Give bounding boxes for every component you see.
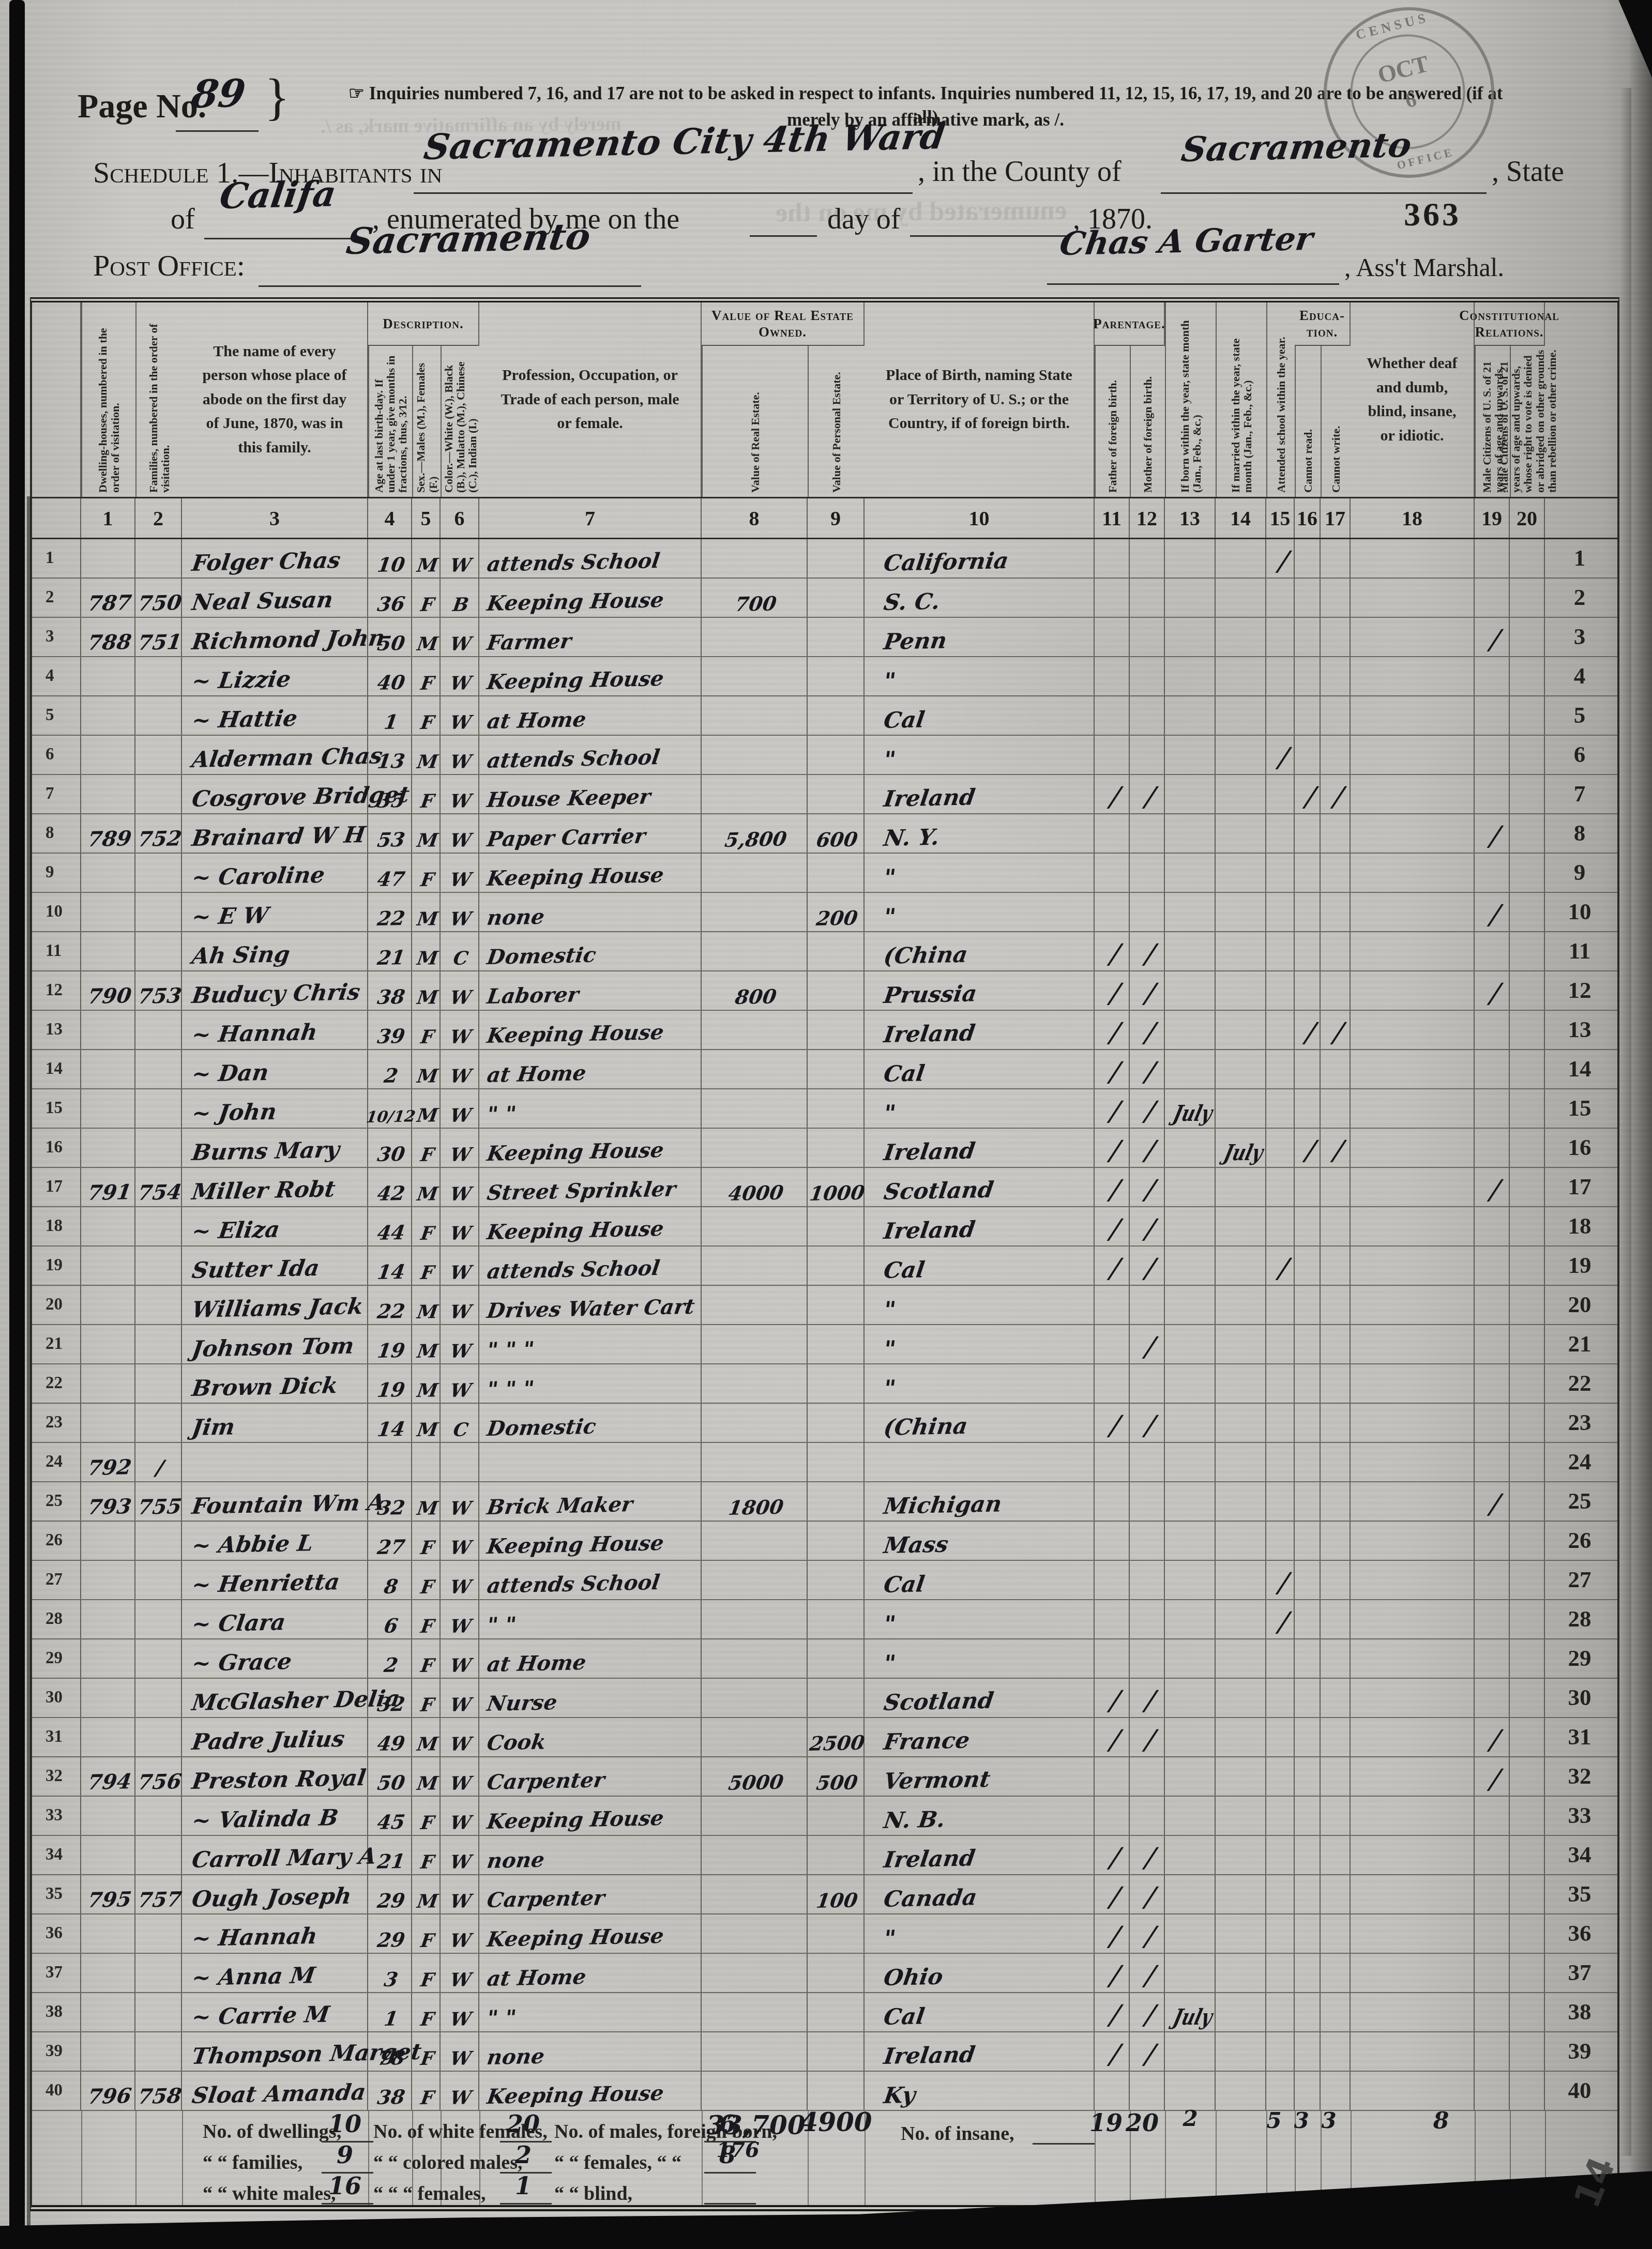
mark-father-foreign: /: [1095, 932, 1130, 970]
cell-age: 19: [368, 1364, 412, 1403]
cell-deaf-dumb: [1351, 1679, 1475, 1717]
cell-name: ~ Valinda B: [182, 1797, 368, 1835]
row-number-right: 28: [1545, 1600, 1614, 1638]
footer-insane-underline: [1033, 2143, 1095, 2145]
row-number-left: 1: [32, 539, 81, 578]
row-number-left: 15: [32, 1089, 81, 1128]
cell-birthplace: Ireland: [865, 2032, 1095, 2071]
cell-dwelling: [81, 1325, 135, 1363]
mark-father-foreign: [1095, 1482, 1130, 1521]
mark-attended-school: [1266, 1914, 1295, 1953]
row-number-left: 17: [32, 1168, 81, 1206]
cell-occupation: attends School: [479, 1247, 702, 1285]
cell-sex: M: [412, 1757, 441, 1796]
cell-deaf-dumb: [1351, 1089, 1475, 1128]
cell-name: Richmond John: [182, 618, 368, 656]
mark-father-foreign: [1095, 539, 1130, 578]
row-number-right: 7: [1545, 775, 1614, 813]
row-number-left: 11: [32, 932, 81, 970]
cell-family: [135, 1364, 182, 1403]
cell-dwelling: [81, 854, 135, 892]
cell-age: 38: [368, 2072, 412, 2110]
cell-birthplace: [865, 1443, 1095, 1481]
mark-born-month: [1165, 736, 1216, 774]
cell-dwelling: [81, 932, 135, 970]
mark-cannot-write: [1321, 2032, 1351, 2071]
mark-citizen-denied: [1510, 1561, 1545, 1599]
table-row: 4~ Lizzie40FWKeeping House"4: [32, 657, 1617, 696]
cell-sex: F: [412, 1679, 441, 1717]
mark-cannot-write: [1321, 2072, 1351, 2110]
table-row: 21Johnson Tom19MW" " ""/21: [32, 1325, 1617, 1364]
mark-attended-school: [1266, 1286, 1295, 1324]
mark-cannot-read: [1295, 1168, 1321, 1206]
cell-deaf-dumb: [1351, 1875, 1475, 1913]
cell-deaf-dumb: [1351, 2072, 1475, 2110]
footer-label: “ “ families,: [203, 2151, 302, 2174]
row-number-left: 27: [32, 1561, 81, 1599]
cell-birthplace: Cal: [865, 1993, 1095, 2031]
cell-sex: F: [412, 1836, 441, 1874]
column-header-families: Families, numbered in the order of visit…: [135, 302, 182, 497]
table-row: 5~ Hattie1FWat HomeCal5: [32, 696, 1617, 736]
cell-dwelling: [81, 1129, 135, 1167]
mark-cannot-read: /: [1295, 1011, 1321, 1049]
row-number-right: 37: [1545, 1954, 1614, 1992]
mark-mother-foreign: /: [1130, 932, 1165, 970]
row-number-left: 4: [32, 657, 81, 695]
mark-cannot-read: [1295, 932, 1321, 970]
mark-cannot-read: [1295, 1836, 1321, 1874]
row-number-right: 33: [1545, 1797, 1614, 1835]
cell-family: [135, 1797, 182, 1835]
cell-dwelling: [81, 893, 135, 931]
cell-birthplace: (China: [865, 1404, 1095, 1442]
mark-born-month: [1165, 932, 1216, 970]
mark-citizen-denied: [1510, 2072, 1545, 2110]
mark-attended-school: [1266, 1522, 1295, 1560]
mark-father-foreign: [1095, 696, 1130, 735]
cell-deaf-dumb: [1351, 1129, 1475, 1167]
table-row: 33~ Valinda B45FWKeeping HouseN. B.33: [32, 1797, 1617, 1836]
mark-mother-foreign: [1130, 893, 1165, 931]
mark-married-month: [1216, 1168, 1266, 1206]
cell-color: [441, 1443, 479, 1481]
mark-attended-school: [1266, 1089, 1295, 1128]
mark-cannot-read: [1295, 1050, 1321, 1088]
cell-name: ~ Hattie: [182, 696, 368, 735]
cell-age: 47: [368, 854, 412, 892]
mark-citizen-denied: [1510, 1875, 1545, 1913]
mark-born-month: [1165, 1718, 1216, 1756]
footer-column-line: [135, 2111, 137, 2205]
table-row: 20Williams Jack22MWDrives Water Cart"20: [32, 1286, 1617, 1325]
cell-deaf-dumb: [1351, 657, 1475, 695]
cell-real-estate: 800: [702, 971, 808, 1010]
bleedthrough-text: enumerated by me on the: [776, 195, 1067, 229]
row-number-right: 38: [1545, 1993, 1614, 2031]
mark-mother-foreign: /: [1130, 1325, 1165, 1363]
cell-occupation: Laborer: [479, 971, 702, 1010]
mark-citizen-denied: [1510, 854, 1545, 892]
mark-born-month: [1165, 1207, 1216, 1245]
cell-age: 35: [368, 775, 412, 813]
cell-family: [135, 1639, 182, 1678]
mark-cannot-write: [1321, 1364, 1351, 1403]
cell-color: W: [441, 1050, 479, 1088]
county-label: , in the County of: [918, 155, 1121, 188]
cell-personal-estate: [808, 1679, 865, 1717]
cell-dwelling: [81, 657, 135, 695]
cell-sex: F: [412, 2032, 441, 2071]
cell-color: W: [441, 1286, 479, 1324]
cell-color: W: [441, 1325, 479, 1363]
cell-age: 10: [368, 539, 412, 578]
cell-name: Sutter Ida: [182, 1247, 368, 1285]
footer-label: “ “ white males,: [203, 2182, 336, 2205]
mark-male-citizen: [1475, 1522, 1510, 1560]
cell-deaf-dumb: [1351, 1482, 1475, 1521]
mark-born-month: [1165, 579, 1216, 617]
row-number-left: 28: [32, 1600, 81, 1638]
row-number-left: 20: [32, 1286, 81, 1324]
mark-citizen-denied: [1510, 618, 1545, 656]
cell-family: [135, 1993, 182, 2031]
cell-age: 42: [368, 1168, 412, 1206]
cell-occupation: at Home: [479, 1954, 702, 1992]
cell-dwelling: 789: [81, 814, 135, 853]
mark-attended-school: [1266, 814, 1295, 853]
row-number-right: 31: [1545, 1718, 1614, 1756]
cell-dwelling: [81, 1247, 135, 1285]
cell-family: [135, 696, 182, 735]
cell-deaf-dumb: [1351, 1600, 1475, 1638]
post-office-value: Sacramento: [344, 220, 586, 263]
mark-cannot-write: /: [1321, 1011, 1351, 1049]
cell-family: [135, 736, 182, 774]
cell-birthplace: ": [865, 1639, 1095, 1678]
footer-total-cannot-write: 3: [1313, 2108, 1344, 2133]
cell-real-estate: [702, 1404, 808, 1442]
cell-deaf-dumb: [1351, 1364, 1475, 1403]
mark-born-month: July: [1165, 1089, 1216, 1128]
cell-family: [135, 1561, 182, 1599]
cell-family: 752: [135, 814, 182, 853]
mark-cannot-write: [1321, 1482, 1351, 1521]
mark-attended-school: [1266, 854, 1295, 892]
mark-male-citizen: /: [1475, 893, 1510, 931]
column-number-20: 20: [1510, 498, 1545, 538]
mark-male-citizen: [1475, 736, 1510, 774]
cell-occupation: Street Sprinkler: [479, 1168, 702, 1206]
mark-attended-school: [1266, 1679, 1295, 1717]
cell-occupation: Keeping House: [479, 2072, 702, 2110]
mark-father-foreign: /: [1095, 1089, 1130, 1128]
mark-citizen-denied: [1510, 1522, 1545, 1560]
cell-color: W: [441, 1875, 479, 1913]
cell-family: [135, 893, 182, 931]
cell-occupation: none: [479, 893, 702, 931]
cell-real-estate: [702, 1050, 808, 1088]
cell-family: [135, 1914, 182, 1953]
cell-family: [135, 1011, 182, 1049]
footer-total-real-estate-alt: 176: [707, 2138, 769, 2162]
cell-real-estate: [702, 1286, 808, 1324]
mark-cannot-write: [1321, 657, 1351, 695]
cell-family: [135, 1129, 182, 1167]
column-header-cannot-write: Cannot write.: [1321, 346, 1351, 497]
cell-deaf-dumb: [1351, 696, 1475, 735]
cell-real-estate: 1800: [702, 1482, 808, 1521]
cell-personal-estate: 600: [808, 814, 865, 853]
cell-age: 1: [368, 1993, 412, 2031]
mark-cannot-read: [1295, 1993, 1321, 2031]
cell-color: W: [441, 696, 479, 735]
mark-male-citizen: [1475, 1247, 1510, 1285]
mark-married-month: [1216, 1404, 1266, 1442]
mark-married-month: [1216, 1757, 1266, 1796]
table-row: 17791754Miller Robt42MWStreet Sprinkler4…: [32, 1168, 1617, 1207]
mark-born-month: [1165, 1797, 1216, 1835]
cell-sex: M: [412, 1168, 441, 1206]
mark-mother-foreign: [1130, 618, 1165, 656]
column-number-3: 3: [182, 498, 368, 538]
mark-mother-foreign: [1130, 1443, 1165, 1481]
mark-born-month: [1165, 1836, 1216, 1874]
cell-family: [135, 1679, 182, 1717]
mark-father-foreign: [1095, 618, 1130, 656]
cell-sex: M: [412, 1286, 441, 1324]
mark-cannot-write: [1321, 893, 1351, 931]
row-number-left: 3: [32, 618, 81, 656]
mark-cannot-read: [1295, 1757, 1321, 1796]
cell-age: 30: [368, 1129, 412, 1167]
cell-sex: M: [412, 932, 441, 970]
row-number-right: 29: [1545, 1639, 1614, 1678]
state-value: Califa: [217, 176, 332, 217]
mark-mother-foreign: /: [1130, 971, 1165, 1010]
column-header-attended-school: Attended school within the year.: [1266, 302, 1295, 497]
cell-color: W: [441, 1836, 479, 1874]
mark-born-month: [1165, 971, 1216, 1010]
cell-deaf-dumb: [1351, 539, 1475, 578]
cell-name: ~ Hannah: [182, 1914, 368, 1953]
column-number-14: 14: [1216, 498, 1266, 538]
row-number-left: 8: [32, 814, 81, 853]
cell-dwelling: [81, 1679, 135, 1717]
table-row: 15~ John10/12MW" ""//July15: [32, 1089, 1617, 1129]
mark-attended-school: /: [1266, 539, 1295, 578]
mark-cannot-write: [1321, 618, 1351, 656]
mark-male-citizen: [1475, 1207, 1510, 1245]
mark-mother-foreign: /: [1130, 1993, 1165, 2031]
cell-age: 78: [368, 2032, 412, 2071]
mark-citizen-denied: [1510, 1129, 1545, 1167]
mark-attended-school: [1266, 1168, 1295, 1206]
mark-cannot-read: [1295, 618, 1321, 656]
column-header-dwellings: Dwelling-houses, numbered in the order o…: [81, 302, 135, 497]
cell-birthplace: N. Y.: [865, 814, 1095, 853]
mark-cannot-read: [1295, 1954, 1321, 1992]
row-number-right: 9: [1545, 854, 1614, 892]
cell-dwelling: [81, 1286, 135, 1324]
cell-deaf-dumb: [1351, 1247, 1475, 1285]
mark-mother-foreign: [1130, 1561, 1165, 1599]
footer-total-male-citizens: 8: [1423, 2108, 1459, 2134]
row-number-right: 15: [1545, 1089, 1614, 1128]
cell-dwelling: 796: [81, 2072, 135, 2110]
mark-citizen-denied: [1510, 1286, 1545, 1324]
mark-male-citizen: [1475, 579, 1510, 617]
mark-citizen-denied: [1510, 932, 1545, 970]
mark-father-foreign: [1095, 893, 1130, 931]
cell-personal-estate: [808, 1011, 865, 1049]
cell-dwelling: [81, 1522, 135, 1560]
mark-citizen-denied: [1510, 1050, 1545, 1088]
mark-married-month: [1216, 1207, 1266, 1245]
cell-color: W: [441, 1679, 479, 1717]
column-number-17: 17: [1321, 498, 1351, 538]
cell-sex: M: [412, 1718, 441, 1756]
cell-occupation: Carpenter: [479, 1875, 702, 1913]
post-office-underline: [259, 285, 641, 287]
cell-real-estate: [702, 1247, 808, 1285]
cell-dwelling: [81, 1718, 135, 1756]
mark-cannot-write: [1321, 1050, 1351, 1088]
cell-birthplace: ": [865, 854, 1095, 892]
mark-male-citizen: /: [1475, 971, 1510, 1010]
footer-value-underline: [704, 2172, 756, 2174]
mark-citizen-denied: [1510, 1797, 1545, 1835]
cell-occupation: Keeping House: [479, 1797, 702, 1835]
row-number-right: 11: [1545, 932, 1614, 970]
mark-attended-school: [1266, 1993, 1295, 2031]
cell-family: [135, 1089, 182, 1128]
cell-personal-estate: [808, 1129, 865, 1167]
column-number-10: 10: [865, 498, 1095, 538]
cell-deaf-dumb: [1351, 579, 1475, 617]
cell-sex: F: [412, 1522, 441, 1560]
footer-insane-label: No. of insane,: [901, 2122, 1014, 2145]
mark-born-month: [1165, 618, 1216, 656]
mark-cannot-write: [1321, 1679, 1351, 1717]
column-header-sex: Sex.—Males (M.), Females (F.): [412, 346, 441, 497]
mark-attended-school: [1266, 2032, 1295, 2071]
mark-cannot-write: [1321, 1836, 1351, 1874]
cell-family: [135, 1325, 182, 1363]
cell-personal-estate: [808, 1089, 865, 1128]
cell-dwelling: [81, 2032, 135, 2071]
day-of-label: day of: [827, 203, 901, 236]
mark-cannot-read: [1295, 696, 1321, 735]
cell-sex: F: [412, 1954, 441, 1992]
cell-dwelling: [81, 1207, 135, 1245]
cell-personal-estate: [808, 1836, 865, 1874]
cell-color: W: [441, 775, 479, 813]
mark-cannot-write: [1321, 1639, 1351, 1678]
cell-sex: F: [412, 1207, 441, 1245]
cell-age: 49: [368, 1718, 412, 1756]
cell-occupation: " " ": [479, 1364, 702, 1403]
table-row: 14~ Dan2MWat HomeCal//14: [32, 1050, 1617, 1089]
cell-birthplace: Prussia: [865, 971, 1095, 1010]
cell-personal-estate: [808, 2072, 865, 2110]
mark-male-citizen: [1475, 1286, 1510, 1324]
cell-birthplace: ": [865, 1286, 1095, 1324]
mark-attended-school: [1266, 1757, 1295, 1796]
cell-personal-estate: [808, 1482, 865, 1521]
cell-sex: F: [412, 579, 441, 617]
mark-citizen-denied: [1510, 1443, 1545, 1481]
cell-family: [135, 932, 182, 970]
cell-family: [135, 1286, 182, 1324]
cell-occupation: Keeping House: [479, 1207, 702, 1245]
cell-age: 10/12: [368, 1089, 412, 1128]
mark-cannot-read: [1295, 1364, 1321, 1403]
row-number-left: 40: [32, 2072, 81, 2110]
cell-personal-estate: [808, 1050, 865, 1088]
cell-dwelling: [81, 1836, 135, 1874]
cell-dwelling: 793: [81, 1482, 135, 1521]
mark-cannot-read: [1295, 1207, 1321, 1245]
row-number-right: 12: [1545, 971, 1614, 1010]
mark-male-citizen: /: [1475, 618, 1510, 656]
table-row: 12790753Buducy Chris38MWLaborer800Prussi…: [32, 971, 1617, 1011]
cell-sex: M: [412, 1050, 441, 1088]
mark-attended-school: [1266, 1129, 1295, 1167]
cell-color: W: [441, 2072, 479, 2110]
mark-mother-foreign: /: [1130, 1207, 1165, 1245]
mark-married-month: [1216, 579, 1266, 617]
cell-personal-estate: [808, 657, 865, 695]
mark-cannot-read: [1295, 1561, 1321, 1599]
mark-citizen-denied: [1510, 579, 1545, 617]
mark-cannot-write: [1321, 1600, 1351, 1638]
cell-color: W: [441, 1718, 479, 1756]
mark-father-foreign: [1095, 814, 1130, 853]
table-row: 7Cosgrove Bridget35FWHouse KeeperIreland…: [32, 775, 1617, 814]
cell-sex: [412, 1443, 441, 1481]
table-row: 10~ E W22MWnone200"/10: [32, 893, 1617, 932]
mark-citizen-denied: [1510, 696, 1545, 735]
mark-married-month: [1216, 657, 1266, 695]
mark-cannot-read: /: [1295, 775, 1321, 813]
mark-cannot-write: [1321, 1404, 1351, 1442]
cell-real-estate: 5000: [702, 1757, 808, 1796]
table-row: 28~ Clara6FW" ""/28: [32, 1600, 1617, 1639]
mark-mother-foreign: /: [1130, 1089, 1165, 1128]
mark-born-month: [1165, 1168, 1216, 1206]
cell-sex: M: [412, 736, 441, 774]
cell-real-estate: 5,800: [702, 814, 808, 853]
cell-color: W: [441, 1168, 479, 1206]
cell-deaf-dumb: [1351, 1207, 1475, 1245]
cell-deaf-dumb: [1351, 971, 1475, 1010]
mark-born-month: [1165, 1600, 1216, 1638]
cell-real-estate: [702, 1679, 808, 1717]
footer-value: 10: [322, 2110, 368, 2138]
table-row: 27~ Henrietta8FWattends SchoolCal/27: [32, 1561, 1617, 1600]
row-number-left: 21: [32, 1325, 81, 1363]
cell-age: 22: [368, 893, 412, 931]
row-number-right: 40: [1545, 2072, 1614, 2110]
mark-cannot-write: [1321, 1797, 1351, 1835]
cell-occupation: Keeping House: [479, 1011, 702, 1049]
mark-born-month: [1165, 696, 1216, 735]
mark-citizen-denied: [1510, 893, 1545, 931]
cell-dwelling: [81, 696, 135, 735]
mark-attended-school: [1266, 1404, 1295, 1442]
